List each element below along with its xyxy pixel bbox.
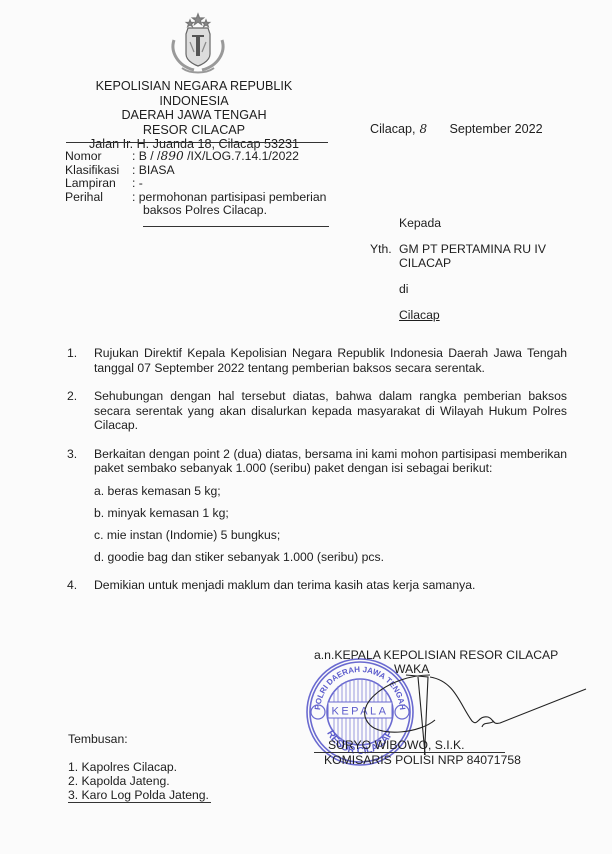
tembusan-title: Tembusan: [68,732,211,746]
tembusan-item: 3. Karo Log Polda Jateng. [68,788,211,803]
klasifikasi-label: Klasifikasi [65,164,132,178]
letter-body: 1. Rujukan Direktif Kepala Kepolisian Ne… [67,346,567,607]
recipient-yth: Yth. [370,242,399,270]
sub-item-list: a. beras kemasan 5 kg; b. minyak kemasan… [67,484,567,565]
perihal-underline [143,226,329,227]
handwritten-signature [360,665,590,755]
body-item: 2. Sehubungan dengan hal tersebut diatas… [67,389,567,433]
letterhead-line1: KEPOLISIAN NEGARA REPUBLIK INDONESIA [62,79,326,108]
tembusan: Tembusan: 1. Kapolres Cilacap. 2. Kapold… [68,732,211,803]
letter-meta: Nomor : B / /890 /IX/LOG.7.14.1/2022 Kla… [65,150,338,218]
date-day-handwritten: 8 [416,122,450,136]
recipient-di: di [370,282,546,296]
body-item: 4. Demikian untuk menjadi maklum dan ter… [67,578,567,593]
klasifikasi-value: : BIASA [132,164,327,178]
letterhead: KEPOLISIAN NEGARA REPUBLIK INDONESIA DAE… [62,79,326,152]
recipient-name-1: GM PT PERTAMINA RU IV [399,242,546,256]
perihal-value-1: : permohonan partisipasi pemberian [132,191,327,205]
letterhead-line2: DAERAH JAWA TENGAH [62,108,326,123]
nomor-suffix: /IX/LOG.7.14.1/2022 [187,149,299,163]
body-item: 3. Berkaitan dengan point 2 (dua) diatas… [67,447,567,476]
recipient-kepada: Kepada [370,216,546,230]
sub-item: b. minyak kemasan 1 kg; [94,506,567,521]
perihal-label: Perihal [65,191,132,205]
sub-item: a. beras kemasan 5 kg; [94,484,567,499]
nomor-prefix: : B / / [132,149,160,163]
lampiran-label: Lampiran [65,177,132,191]
nomor-handwritten: 890 [160,149,183,163]
letterhead-divider [66,142,328,143]
tembusan-item: 2. Kapolda Jateng. [68,774,211,788]
tembusan-item: 1. Kapolres Cilacap. [68,760,211,774]
recipient-name-2: CILACAP [399,256,546,270]
body-item: 1. Rujukan Direktif Kepala Kepolisian Ne… [67,346,567,375]
date-month-year: September 2022 [450,122,543,136]
perihal-value-2: baksos Polres Cilacap. [132,204,338,218]
sub-item: c. mie instan (Indomie) 5 bungkus; [94,528,567,543]
signature-an: a.n.KEPALA KEPOLISIAN RESOR CILACAP [314,648,594,662]
nomor-label: Nomor [65,150,132,164]
lampiran-value: : - [132,177,327,191]
recipient-city: Cilacap [399,308,440,322]
recipient: Kepada Yth. GM PT PERTAMINA RU IV CILACA… [370,216,546,322]
place-date: Cilacap,8September 2022 [370,122,543,136]
signature-rank: KOMISARIS POLISI NRP 84071758 [314,753,594,767]
letterhead-line3: RESOR CILACAP [62,123,326,138]
sub-item: d. goodie bag dan stiker sebanyak 1.000 … [94,550,567,565]
date-place: Cilacap, [370,122,416,136]
polri-emblem-icon [160,12,236,76]
